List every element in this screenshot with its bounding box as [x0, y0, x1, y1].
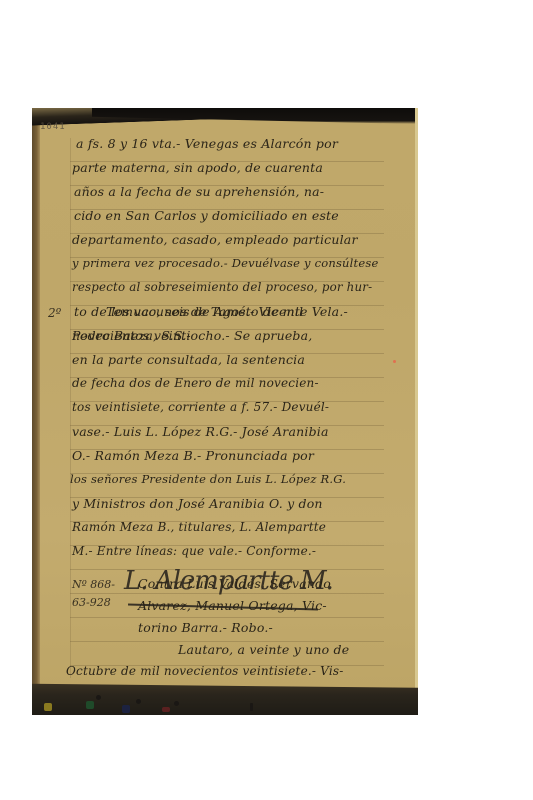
text-line: a fs. 8 y 16 vta.- Venegas es Alarcón po…	[76, 136, 338, 151]
page-stamp-number: 1041	[40, 122, 66, 132]
text-line: los señores Presidente don Luis L. López…	[70, 472, 346, 486]
book-binding	[32, 108, 40, 715]
text-line: en la parte consultada, la sentencia	[72, 352, 305, 367]
green-object	[86, 701, 94, 709]
text-line: y primera vez procesado.- Devuélvase y c…	[72, 256, 378, 270]
document-photo: 1041 a fs. 8 y 16 vta.- Venegas es Alarc…	[32, 108, 418, 715]
text-line: vase.- Luis L. López R.G.- José Aranibia	[72, 424, 329, 439]
text-line: cido en San Carlos y domiciliado en este	[74, 208, 339, 223]
page-edge	[415, 108, 418, 688]
text-line: novecientos veintiocho.- Se aprueba,	[72, 328, 312, 343]
dark-object	[96, 695, 101, 700]
case-number-note: Nº 868-	[72, 578, 115, 591]
text-line: respecto al sobreseimiento del proceso, …	[72, 280, 372, 294]
heading-line: Alvarez, Manuel Ortega, Vic-	[138, 598, 327, 613]
text-line: departamento, casado, empleado particula…	[72, 232, 358, 247]
red-object	[162, 707, 170, 712]
text-line: Lautaro, a veinte y uno de	[178, 642, 349, 657]
text-line: tos veintisiete, corriente a f. 57.- Dev…	[72, 400, 329, 414]
text-line: de fecha dos de Enero de mil novecien-	[72, 376, 319, 390]
text-line: Temuco, seis de Agosto de mil	[106, 304, 303, 319]
dark-object	[174, 701, 179, 706]
blue-object	[122, 705, 130, 713]
entry-margin-mark: 2º	[48, 306, 61, 320]
background-surface	[32, 681, 418, 715]
text-line: Ramón Meza B., titulares, L. Alempartte	[72, 520, 326, 534]
heading-line: Contra Luis Valdés, Servando	[138, 576, 331, 591]
case-number-note: 63-928	[72, 596, 111, 609]
dark-object	[136, 699, 141, 704]
margin-line	[70, 138, 71, 678]
text-line: y Ministros don José Aranibia O. y don	[72, 496, 323, 511]
yellow-object	[44, 703, 52, 711]
red-speck	[393, 360, 396, 363]
dark-object	[250, 703, 253, 711]
text-line: O.- Ramón Meza B.- Pronunciada por	[72, 448, 314, 463]
text-line: años a la fecha de su aprehensión, na-	[74, 184, 324, 199]
heading-line: torino Barra.- Robo.-	[138, 620, 273, 635]
text-line: M.- Entre líneas: que vale.- Conforme.-	[72, 544, 316, 558]
text-line: Octubre de mil novecientos veintisiete.-…	[66, 664, 343, 678]
text-line: parte materna, sin apodo, de cuarenta	[72, 160, 323, 175]
